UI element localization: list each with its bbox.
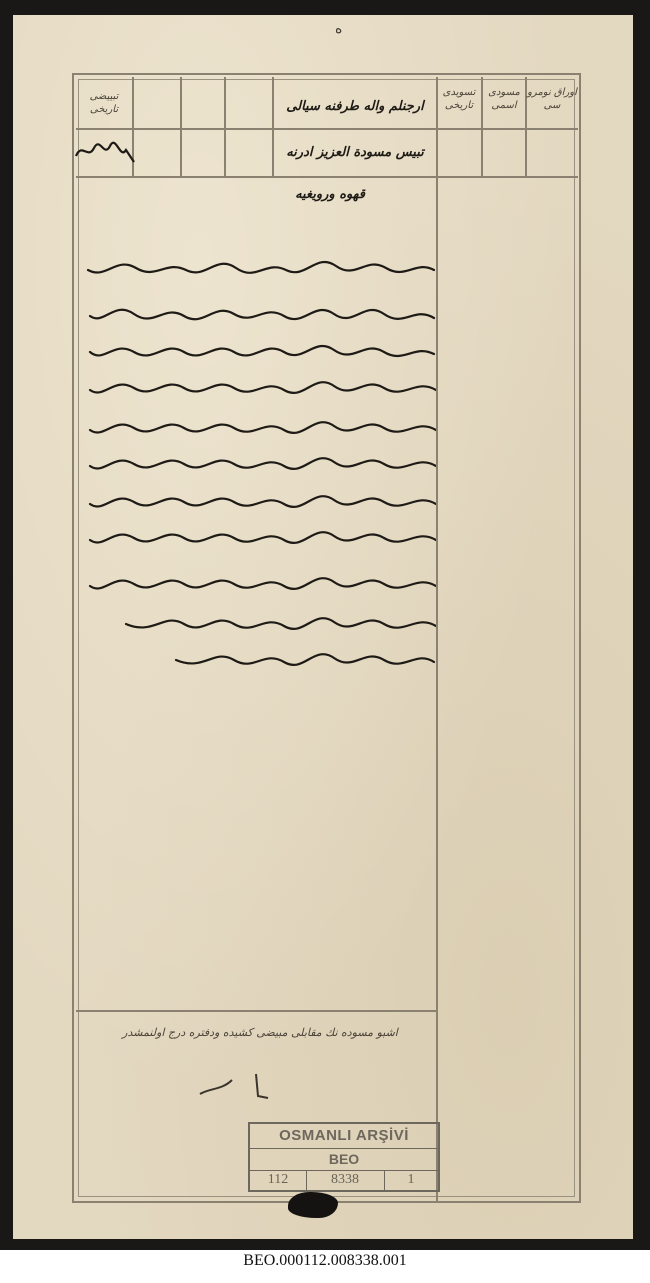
page-mark: ه xyxy=(335,21,342,37)
signature-mark xyxy=(196,1068,276,1104)
header-addressee-line-2: تبيس مسودة العزيز ادرنه xyxy=(276,146,434,159)
stamp-reference-row: 112 8338 1 xyxy=(250,1170,438,1190)
header-col-divider xyxy=(272,77,274,177)
document-reference-caption: BEO.000112.008338.001 xyxy=(0,1252,650,1270)
handwritten-date xyxy=(74,138,136,166)
stamp-archive-name: OSMANLI ARŞİVİ xyxy=(250,1124,438,1149)
header-document-number-label: اوراق نومرو سى xyxy=(527,86,577,112)
handwritten-body-text xyxy=(86,240,436,690)
header-bottom-divider xyxy=(76,176,578,178)
header-fair-copy-date-label: تبييضى تاريخى xyxy=(78,90,130,116)
header-row-divider xyxy=(76,128,438,130)
header-col-divider xyxy=(224,77,226,177)
archive-stamp: OSMANLI ARŞİVİ BEO 112 8338 1 xyxy=(248,1122,440,1192)
main-column-divider xyxy=(436,77,438,1201)
stamp-fond-code: BEO xyxy=(250,1148,438,1171)
header-addressee-line-1: ارجنلم واله طرفنه سيالى xyxy=(276,100,434,113)
stamp-cell-page: 1 xyxy=(384,1170,438,1190)
header-row-divider-right xyxy=(436,128,578,130)
header-drafter-name-label: مسودى اسمى xyxy=(483,86,525,112)
header-col-divider xyxy=(180,77,182,177)
stamp-cell-file: 8338 xyxy=(306,1170,385,1190)
subject-heading: قهوه ورويغيه xyxy=(270,188,390,201)
footer-note: اشبو مسوده نك مقابلى مبيضى كشيده ودفتره … xyxy=(90,1026,430,1039)
footer-divider xyxy=(76,1010,438,1012)
header-draft-date-label: تسويدى تاريخى xyxy=(438,86,480,112)
stamp-cell-box: 112 xyxy=(250,1170,307,1190)
ink-blot xyxy=(288,1192,338,1218)
